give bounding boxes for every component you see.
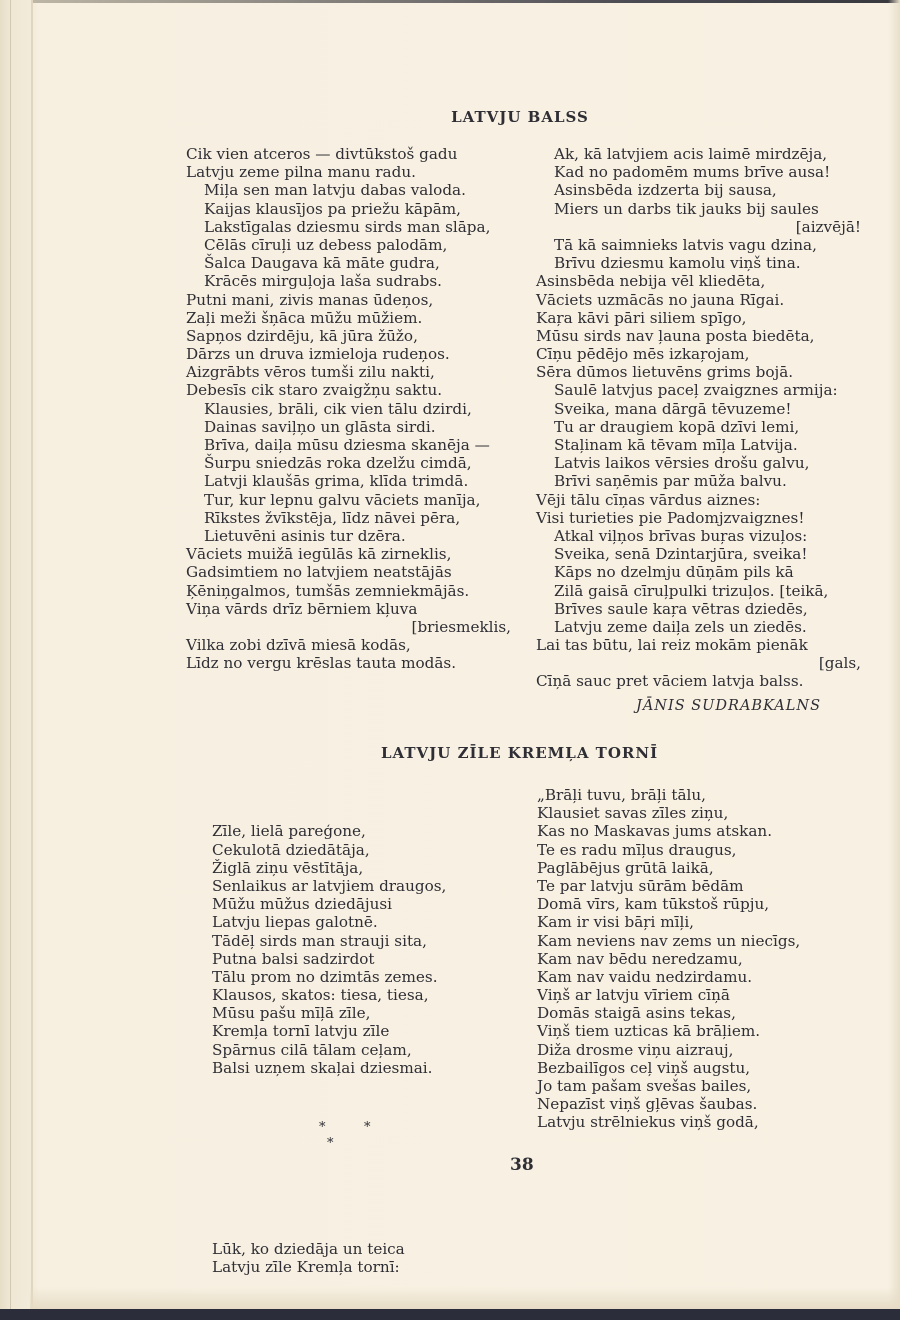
- poem-title: LATVJU ZĪLE KREMĻA TORNĪ: [381, 744, 658, 762]
- page-number: 38: [510, 1155, 534, 1175]
- verse-line: Mūsu sirds nav ļauna posta biedēta,: [536, 327, 861, 345]
- verse-line: Lietuvēni asinis tur dzēra.: [186, 527, 511, 545]
- verse-line: Brīves saule kaŗa vētras dziedēs,: [536, 600, 861, 618]
- poem2-left-column: Zīle, lielā pareģone,Cekulotā dziedātāja…: [212, 786, 512, 1313]
- verse-line: Vilka zobi dzīvā miesā kodās,: [186, 636, 511, 654]
- verse-line: Ak, kā latvjiem acis laimē mirdzēja,: [536, 145, 861, 163]
- verse-line: Kāps no dzelmju dūņām pils kā: [536, 563, 861, 581]
- verse-line: Kaijas klausījos pa priežu kāpām,: [186, 200, 511, 218]
- verse-line: Kam nav bēdu neredzamu,: [537, 950, 847, 968]
- verse-line: Cīņā sauc pret vāciem latvja balss.: [536, 672, 861, 690]
- verse-line: Tā kā saimnieks latvis vagu dzina,: [536, 236, 861, 254]
- verse-line: Cēlās cīruļi uz debess palodām,: [186, 236, 511, 254]
- verse-line: Vāciets muižā iegūlās kā zirneklis,: [186, 545, 511, 563]
- verse-line: Spārnus cilā tālam ceļam,: [212, 1041, 512, 1059]
- verse-line: Putni mani, zivis manas ūdeņos,: [186, 291, 511, 309]
- verse-line: Viņš tiem uzticas kā brāļiem.: [537, 1022, 847, 1040]
- verse-line: Latvju liepas galotnē.: [212, 913, 512, 931]
- verse-line: Senlaikus ar latvjiem draugos,: [212, 877, 512, 895]
- verse-line: Latvju zeme daiļa zels un ziedēs.: [536, 618, 861, 636]
- verse-line: Latvji klaušās grima, klīda trimdā.: [186, 472, 511, 490]
- page-gutter-edge: [31, 0, 33, 1320]
- asterisk-icon: *: [364, 1119, 371, 1137]
- verse-line: Tu ar draugiem kopā dzīvi lemi,: [536, 418, 861, 436]
- verse-line: Miļa sen man latvju dabas valoda.: [186, 181, 511, 199]
- verse-line: Latvju strēlniekus viņš godā,: [537, 1113, 847, 1131]
- verse-line: Domā vīrs, kam tūkstoš rūpju,: [537, 895, 847, 913]
- verse-line: Šurpu sniedzās roka dzelžu cimdā,: [186, 454, 511, 472]
- verse-line: Brīva, daiļa mūsu dziesma skanēja —: [186, 436, 511, 454]
- verse-line: Latvis laikos vērsies drošu galvu,: [536, 454, 861, 472]
- verse-line: Kam neviens nav zems un niecīgs,: [537, 932, 847, 950]
- verse-line: Kam nav vaidu nedzirdamu.: [537, 968, 847, 986]
- verse-line: Atkal viļņos brīvas buŗas vizuļos:: [536, 527, 861, 545]
- asterisk-icon: *: [327, 1135, 334, 1153]
- verse-line: [gals,: [536, 654, 861, 672]
- verse-line: Zilā gaisā cīruļpulki trizuļos. [teikā,: [536, 582, 861, 600]
- verse-line: Kam ir visi bāŗi mīļi,: [537, 913, 847, 931]
- verse-line: Zīle, lielā pareģone,: [212, 822, 512, 840]
- verse-line: Latvju zeme pilna manu radu.: [186, 163, 511, 181]
- verse-line: Mūsu pašu mīļā zīle,: [212, 1004, 512, 1022]
- verse-line: Klausiet savas zīles ziņu,: [537, 804, 847, 822]
- verse-line: Sapņos dzirdēju, kā jūra žūžo,: [186, 327, 511, 345]
- verse-line: Lakstīgalas dziesmu sirds man slāpa,: [186, 218, 511, 236]
- verse-line: Cīņu pēdējo mēs izkaŗojam,: [536, 345, 861, 363]
- verse-line: Putna balsi sadzirdot: [212, 950, 512, 968]
- poem1-left-column: Cik vien atceros — divtūkstoš gaduLatvju…: [186, 145, 511, 672]
- verse-line: Sēra dūmos lietuvēns grims bojā.: [536, 363, 861, 381]
- page-top-edge: [32, 0, 900, 3]
- verse-line: Tādēļ sirds man strauji sita,: [212, 932, 512, 950]
- verse-line: Paglābējus grūtā laikā,: [537, 859, 847, 877]
- verse-line: Rīkstes žvīkstēja, līdz nāvei pēra,: [186, 509, 511, 527]
- verse-line: Tālu prom no dzimtās zemes.: [212, 968, 512, 986]
- verse-line: Klausos, skatos: tiesa, tiesa,: [212, 986, 512, 1004]
- verse-line: Mūžu mūžus dziedājusi: [212, 895, 512, 913]
- verse-line: Sveika, mana dārgā tēvuzeme!: [536, 400, 861, 418]
- verse-line: Lūk, ko dziedāja un teica: [212, 1240, 512, 1258]
- verse-line: Brīvu dziesmu kamolu viņš tina.: [536, 254, 861, 272]
- verse-line: Nepazīst viņš gļēvas šaubas.: [537, 1095, 847, 1113]
- verse-line: Ķēniņgalmos, tumšās zemniekmājās.: [186, 582, 511, 600]
- verse-line: Dainas saviļņo un glāsta sirdi.: [186, 418, 511, 436]
- verse-line: Sveika, senā Dzintarjūra, sveika!: [536, 545, 861, 563]
- verse-line: Cik vien atceros — divtūkstoš gadu: [186, 145, 511, 163]
- verse-line: Lai tas būtu, lai reiz mokām pienāk: [536, 636, 861, 654]
- verse-line: Debesīs cik staro zvaigžņu saktu.: [186, 381, 511, 399]
- verse-line: Balsi uzņem skaļai dziesmai.: [212, 1059, 512, 1077]
- running-head: LATVJU BALSS: [0, 108, 900, 126]
- verse-line: Latvju zīle Kremļa tornī:: [212, 1258, 512, 1276]
- verse-line: Tur, kur lepnu galvu vāciets manīja,: [186, 491, 511, 509]
- verse-line: Diža drosme viņu aizrauj,: [537, 1041, 847, 1059]
- page-right-edge: [888, 0, 900, 1309]
- verse-line: Žiglā ziņu vēstītāja,: [212, 859, 512, 877]
- verse-line: Jo tam pašam svešas bailes,: [537, 1077, 847, 1095]
- verse-line: Staļinam kā tēvam mīļa Latvija.: [536, 436, 861, 454]
- verse-line: Viņš ar latvju vīriem cīņā: [537, 986, 847, 1004]
- verse-line: Viņa vārds drīz bērniem kļuva: [186, 600, 511, 618]
- verse-line: [briesmeklis,: [186, 618, 511, 636]
- verse-line: Kas no Maskavas jums atskan.: [537, 822, 847, 840]
- author-signature: JĀNIS SUDRABKALNS: [636, 698, 821, 714]
- verse-line: Visi turieties pie Padomjzvaigznes!: [536, 509, 861, 527]
- book-page: LATVJU BALSS Cik vien atceros — divtūkst…: [0, 0, 900, 1320]
- verse-line: Brīvi saņēmis par mūža balvu.: [536, 472, 861, 490]
- verse-line: Cekulotā dziedātāja,: [212, 841, 512, 859]
- verse-line: Vāciets uzmācās no jauna Rīgai.: [536, 291, 861, 309]
- verse-line: Dārzs un druva izmieloja rudeņos.: [186, 345, 511, 363]
- verse-line: [aizvējā!: [536, 218, 861, 236]
- poem2-right-column: „Brāļi tuvu, brāļi tālu,Klausiet savas z…: [537, 786, 847, 1132]
- verse-line: Domās staigā asins tekas,: [537, 1004, 847, 1022]
- verse-line: Miers un darbs tik jauks bij saules: [536, 200, 861, 218]
- section-separator: * * *: [212, 1113, 512, 1149]
- verse-line: Šalca Daugava kā māte gudra,: [186, 254, 511, 272]
- verse-line: „Brāļi tuvu, brāļi tālu,: [537, 786, 847, 804]
- verse-line: Saulē latvjus paceļ zvaigznes armija:: [536, 381, 861, 399]
- poem1-right-column: Ak, kā latvjiem acis laimē mirdzēja,Kad …: [536, 145, 861, 691]
- verse-line: Zaļi meži šņāca mūžu mūžiem.: [186, 309, 511, 327]
- verse-line: Asinsbēda nebija vēl kliedēta,: [536, 272, 861, 290]
- verse-line: Līdz no vergu krēslas tauta modās.: [186, 654, 511, 672]
- verse-line: Aizgrābts vēros tumši zilu nakti,: [186, 363, 511, 381]
- verse-line: Te par latvju sūrām bēdām: [537, 877, 847, 895]
- verse-line: Gadsimtiem no latvjiem neatstājās: [186, 563, 511, 581]
- page-stack-edge: [10, 0, 11, 1320]
- verse-line: Bezbailīgos ceļ viņš augstu,: [537, 1059, 847, 1077]
- verse-line: Klausies, brāli, cik vien tālu dzirdi,: [186, 400, 511, 418]
- verse-line: Asinsbēda izdzerta bij sausa,: [536, 181, 861, 199]
- verse-line: Kaŗa kāvi pāri siliem spīgo,: [536, 309, 861, 327]
- verse-line: Te es radu mīļus draugus,: [537, 841, 847, 859]
- verse-line: Krācēs mirguļoja laša sudrabs.: [186, 272, 511, 290]
- verse-line: Kad no padomēm mums brīve ausa!: [536, 163, 861, 181]
- asterisk-icon: *: [319, 1119, 326, 1137]
- verse-line: Kremļa tornī latvju zīle: [212, 1022, 512, 1040]
- verse-line: Vēji tālu cīņas vārdus aiznes:: [536, 491, 861, 509]
